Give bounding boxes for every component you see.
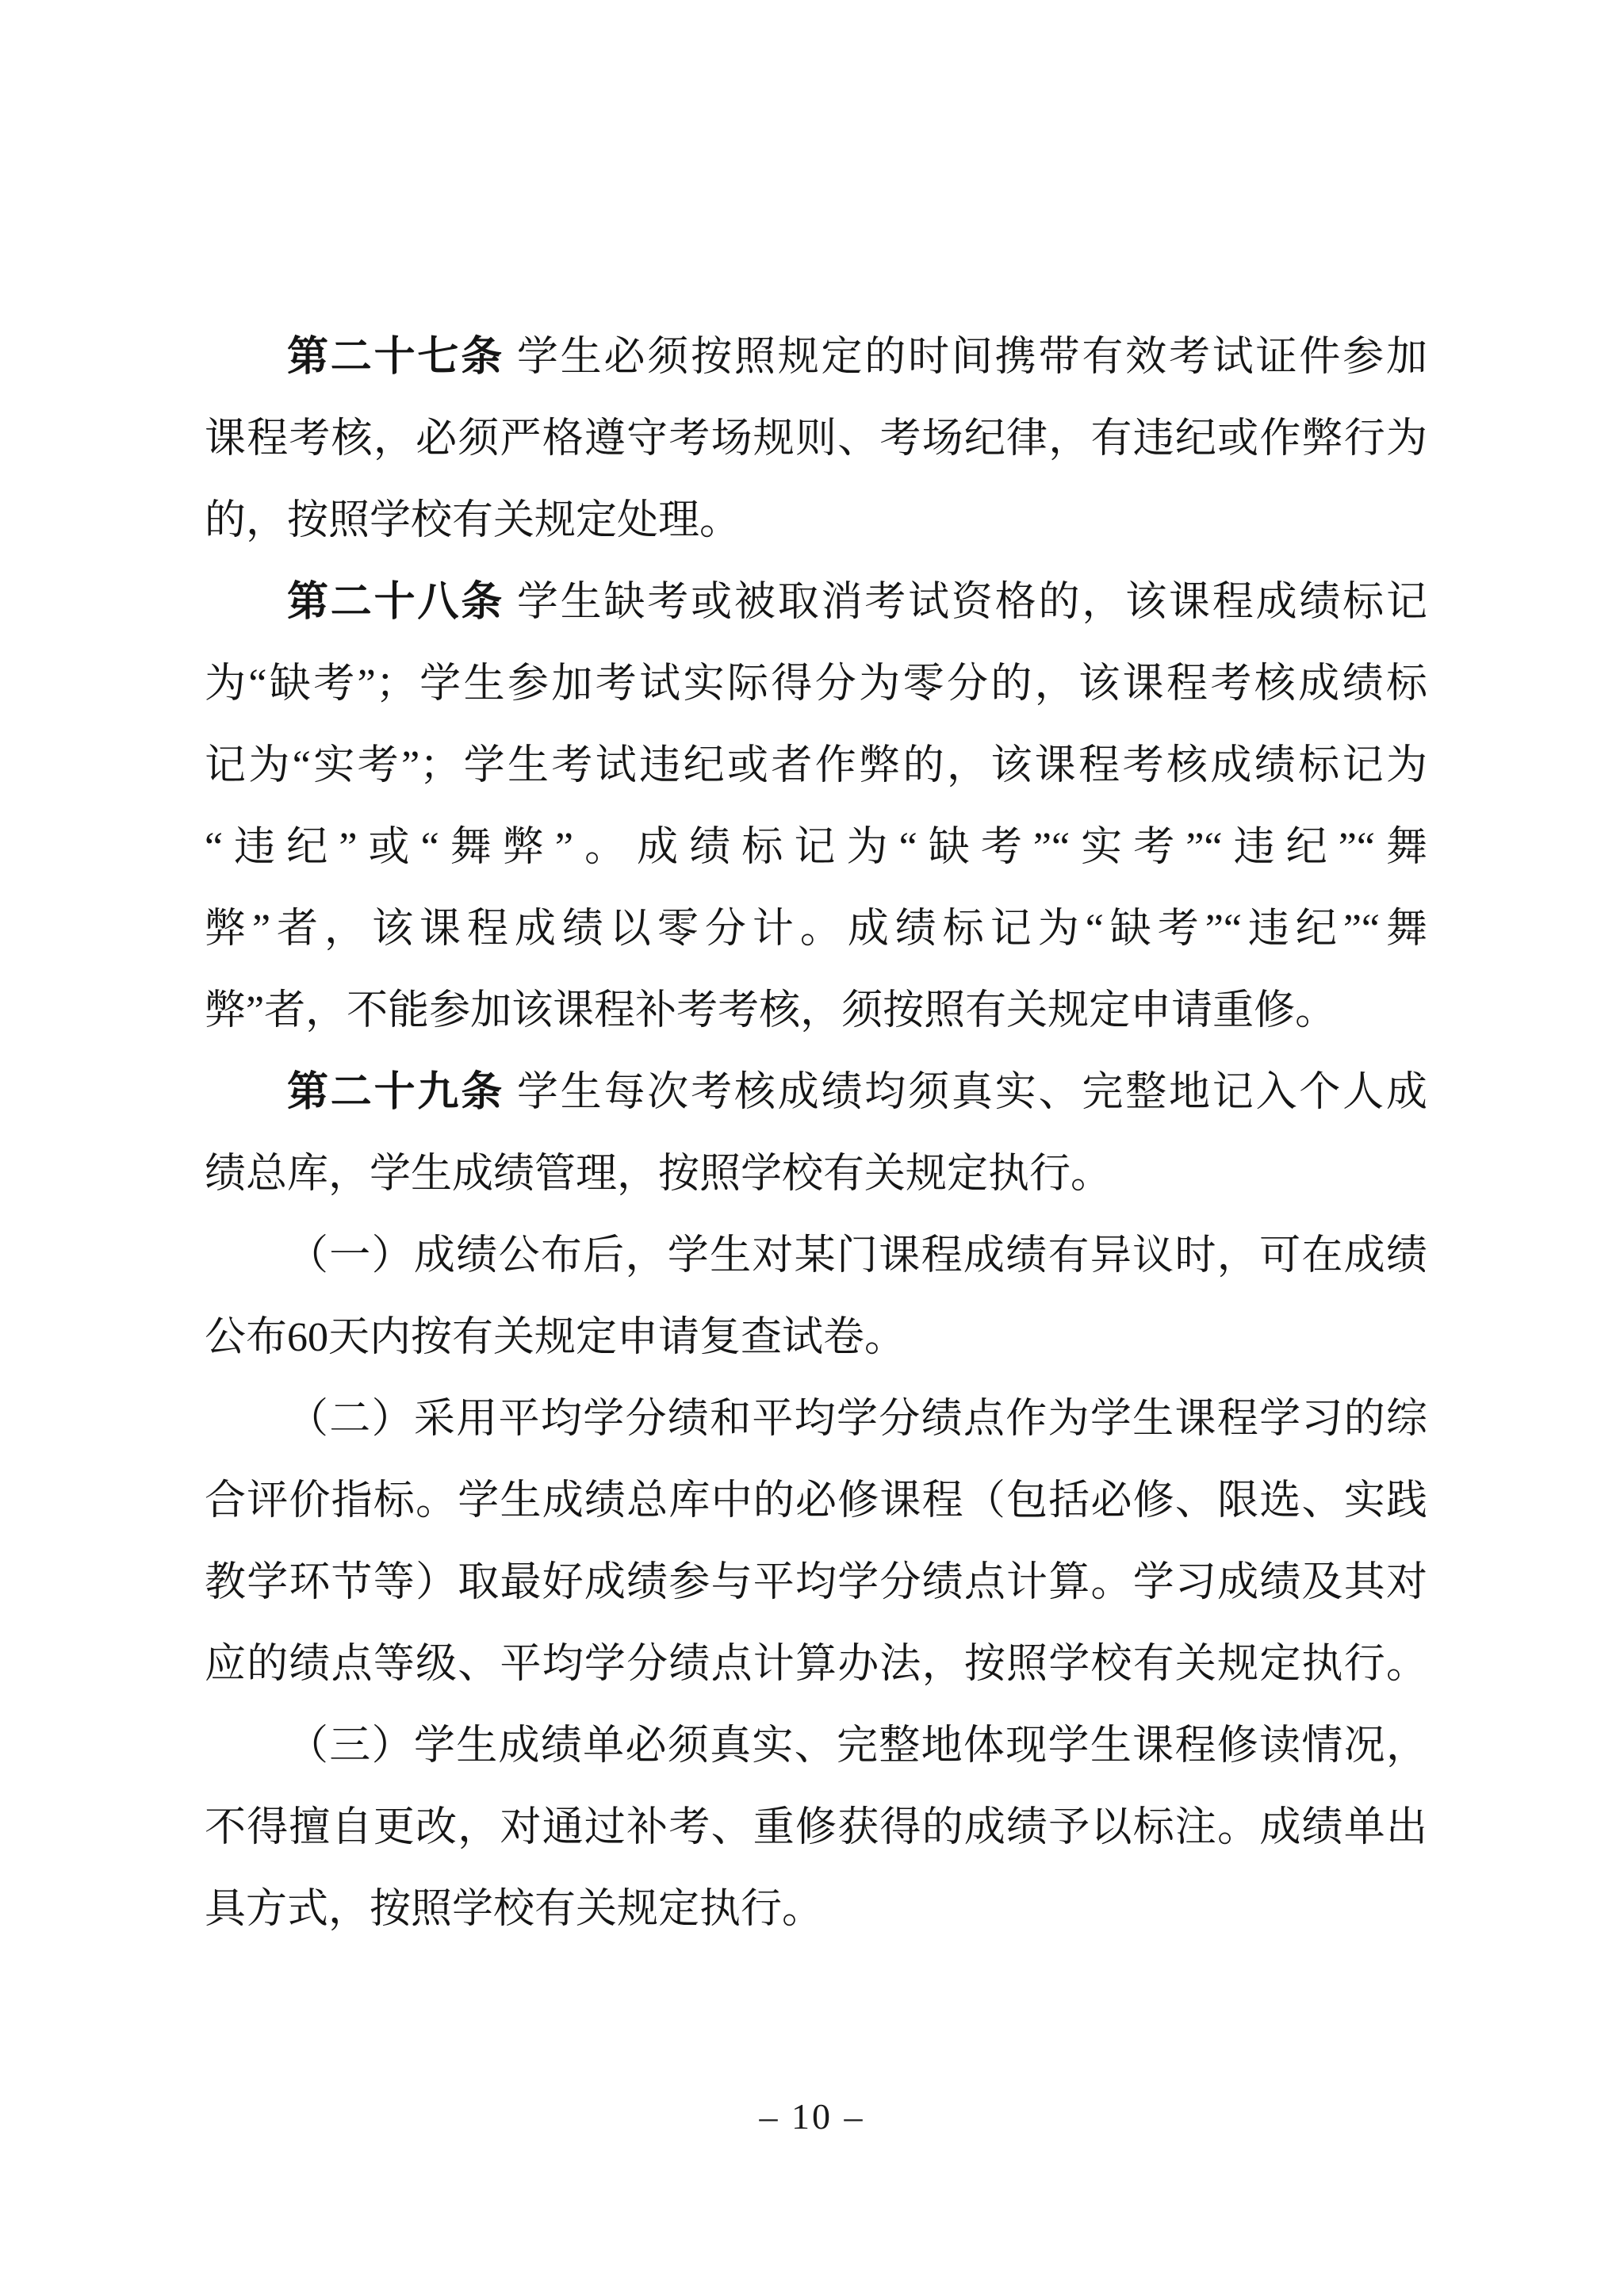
text-line: 第二十八条 学生缺考或被取消考试资格的，该课程成绩标记 xyxy=(205,562,1427,643)
text-line: 应的绩点等级、平均学分绩点计算办法，按照学校有关规定执行。 xyxy=(205,1623,1427,1705)
text-line: 公布60天内按有关规定申请复查试卷。 xyxy=(205,1297,1427,1378)
text-line: 绩总库，学生成绩管理，按照学校有关规定执行。 xyxy=(205,1133,1427,1215)
article-number: 第二十七条 xyxy=(287,335,504,380)
text-line: 弊”者，不能参加该课程补考考核，须按照有关规定申请重修。 xyxy=(205,970,1427,1052)
article-number: 第二十八条 xyxy=(287,580,504,625)
page-number: – 10 – xyxy=(0,2095,1624,2137)
article-number: 第二十九条 xyxy=(287,1070,504,1115)
text-line: （一）成绩公布后，学生对某门课程成绩有异议时，可在成绩 xyxy=(205,1215,1427,1297)
text-line: 记为“实考”；学生考试违纪或者作弊的，该课程考核成绩标记为 xyxy=(205,725,1427,807)
text-line: “违纪”或“舞弊”。成绩标记为“缺考”“实考”“违纪”“舞 xyxy=(205,807,1427,888)
text-line: 不得擅自更改，对通过补考、重修获得的成绩予以标注。成绩单出 xyxy=(205,1787,1427,1869)
document-body: 第二十七条 学生必须按照规定的时间携带有效考试证件参加课程考核，必须严格遵守考场… xyxy=(205,316,1427,1950)
text-line: 教学环节等）取最好成绩参与平均学分绩点计算。学习成绩及其对 xyxy=(205,1542,1427,1623)
text-line: 第二十七条 学生必须按照规定的时间携带有效考试证件参加 xyxy=(205,316,1427,398)
text-line: （二）采用平均学分绩和平均学分绩点作为学生课程学习的综 xyxy=(205,1378,1427,1460)
text-line: 合评价指标。学生成绩总库中的必修课程（包括必修、限选、实践 xyxy=(205,1460,1427,1542)
text-line: 弊”者，该课程成绩以零分计。成绩标记为“缺考”“违纪”“舞 xyxy=(205,888,1427,970)
text-line: 具方式，按照学校有关规定执行。 xyxy=(205,1869,1427,1950)
document-page: 第二十七条 学生必须按照规定的时间携带有效考试证件参加课程考核，必须严格遵守考场… xyxy=(0,0,1624,2296)
text-line: 的，按照学校有关规定处理。 xyxy=(205,480,1427,562)
text-line: 课程考核，必须严格遵守考场规则、考场纪律，有违纪或作弊行为 xyxy=(205,398,1427,480)
text-line: （三）学生成绩单必须真实、完整地体现学生课程修读情况， xyxy=(205,1705,1427,1787)
text-line: 为“缺考”；学生参加考试实际得分为零分的，该课程考核成绩标 xyxy=(205,643,1427,725)
text-line: 第二十九条 学生每次考核成绩均须真实、完整地记入个人成 xyxy=(205,1052,1427,1133)
